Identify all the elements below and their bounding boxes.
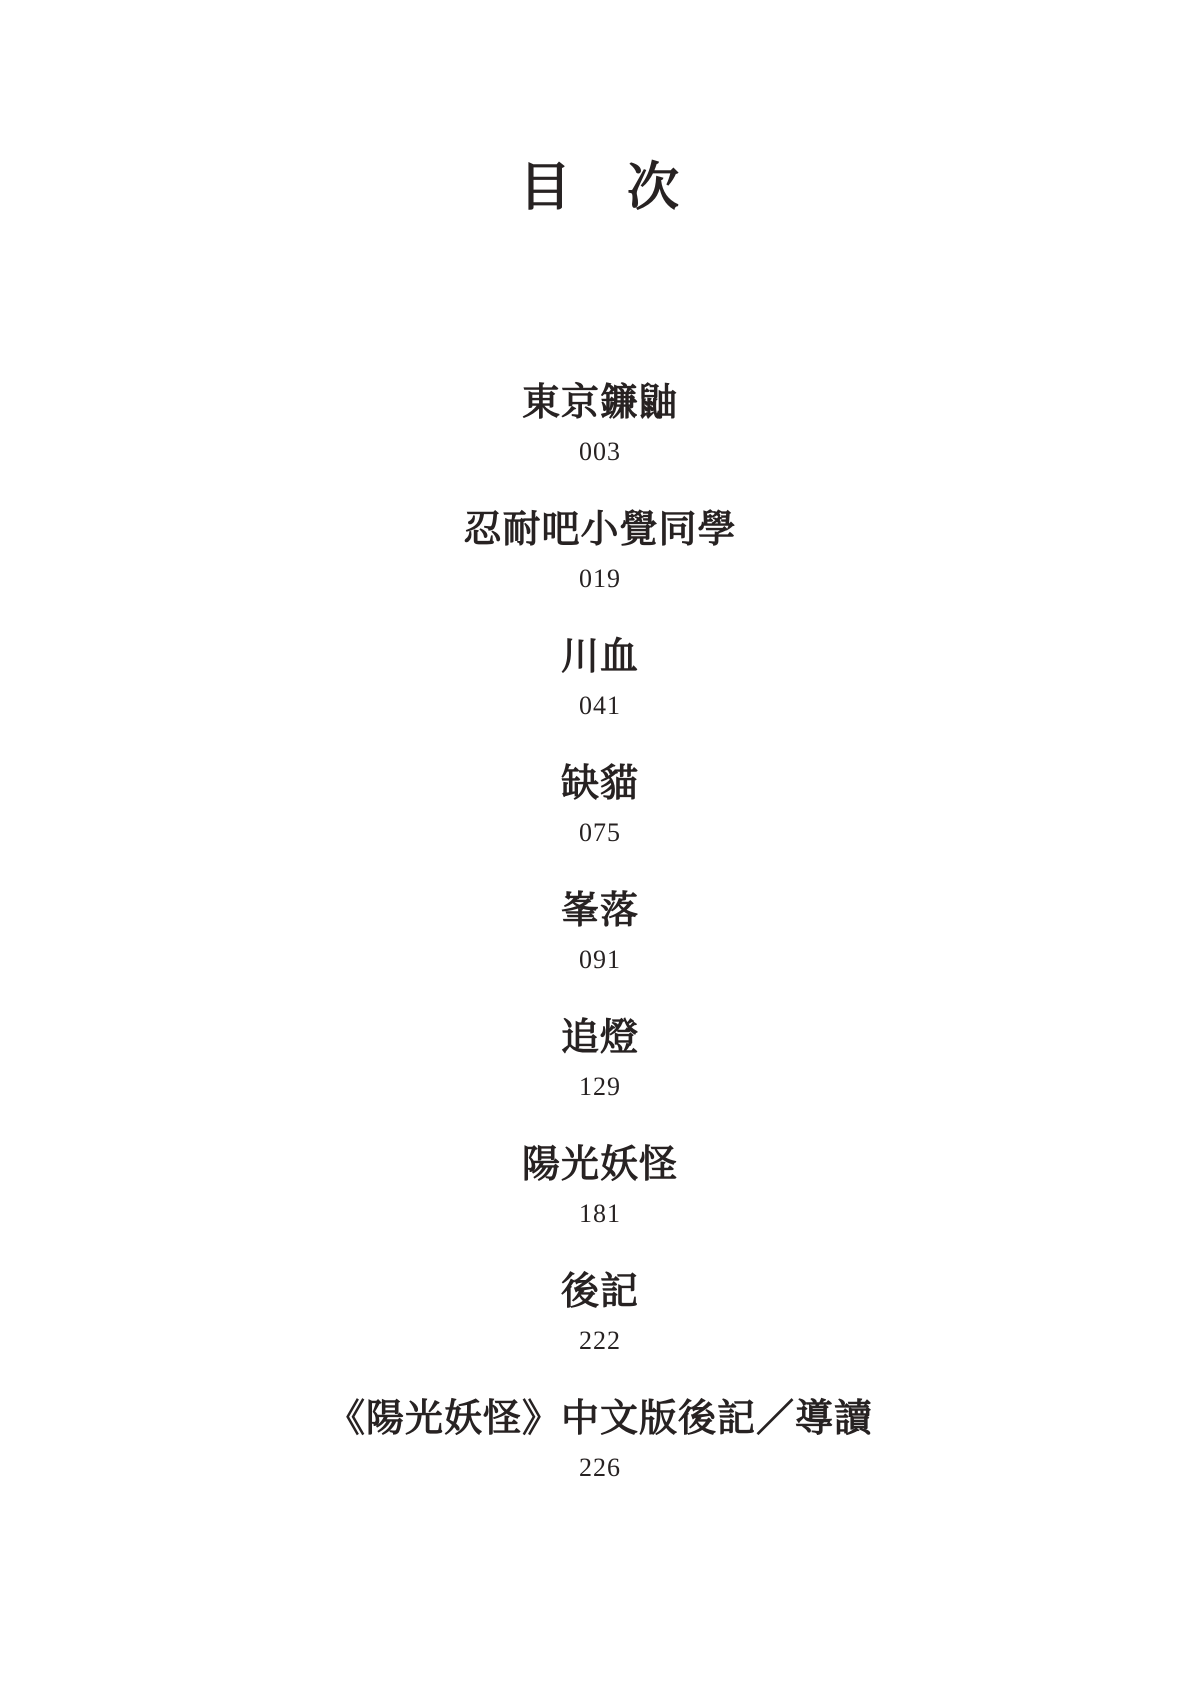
chapter-title: 《陽光妖怪》中文版後記／導讀 xyxy=(0,1398,1200,1440)
chapter-page-number: 041 xyxy=(0,692,1200,720)
chapter-page-number: 129 xyxy=(0,1073,1200,1101)
toc-entry: 峯落 091 xyxy=(0,890,1200,974)
toc-entry-list: 東京鐮鼬 003 忍耐吧小覺同學 019 川血 041 缺貓 075 峯落 09… xyxy=(0,382,1200,1482)
chapter-page-number: 019 xyxy=(0,565,1200,593)
chapter-page-number: 222 xyxy=(0,1327,1200,1355)
toc-page: 目 次 東京鐮鼬 003 忍耐吧小覺同學 019 川血 041 缺貓 075 峯… xyxy=(0,0,1200,1702)
toc-entry: 東京鐮鼬 003 xyxy=(0,382,1200,466)
toc-entry: 陽光妖怪 181 xyxy=(0,1144,1200,1228)
chapter-title: 後記 xyxy=(0,1271,1200,1313)
chapter-title: 追燈 xyxy=(0,1017,1200,1059)
toc-entry: 追燈 129 xyxy=(0,1017,1200,1101)
chapter-page-number: 091 xyxy=(0,946,1200,974)
chapter-title: 忍耐吧小覺同學 xyxy=(0,509,1200,551)
toc-entry: 《陽光妖怪》中文版後記／導讀 226 xyxy=(0,1398,1200,1482)
chapter-title: 東京鐮鼬 xyxy=(0,382,1200,424)
chapter-page-number: 075 xyxy=(0,819,1200,847)
chapter-title: 陽光妖怪 xyxy=(0,1144,1200,1186)
chapter-page-number: 181 xyxy=(0,1200,1200,1228)
chapter-title: 川血 xyxy=(0,636,1200,678)
toc-entry: 後記 222 xyxy=(0,1271,1200,1355)
toc-entry: 川血 041 xyxy=(0,636,1200,720)
toc-entry: 忍耐吧小覺同學 019 xyxy=(0,509,1200,593)
chapter-title: 缺貓 xyxy=(0,763,1200,805)
chapter-page-number: 226 xyxy=(0,1454,1200,1482)
chapter-page-number: 003 xyxy=(0,438,1200,466)
toc-entry: 缺貓 075 xyxy=(0,763,1200,847)
page-title: 目 次 xyxy=(0,0,1200,220)
chapter-title: 峯落 xyxy=(0,890,1200,932)
